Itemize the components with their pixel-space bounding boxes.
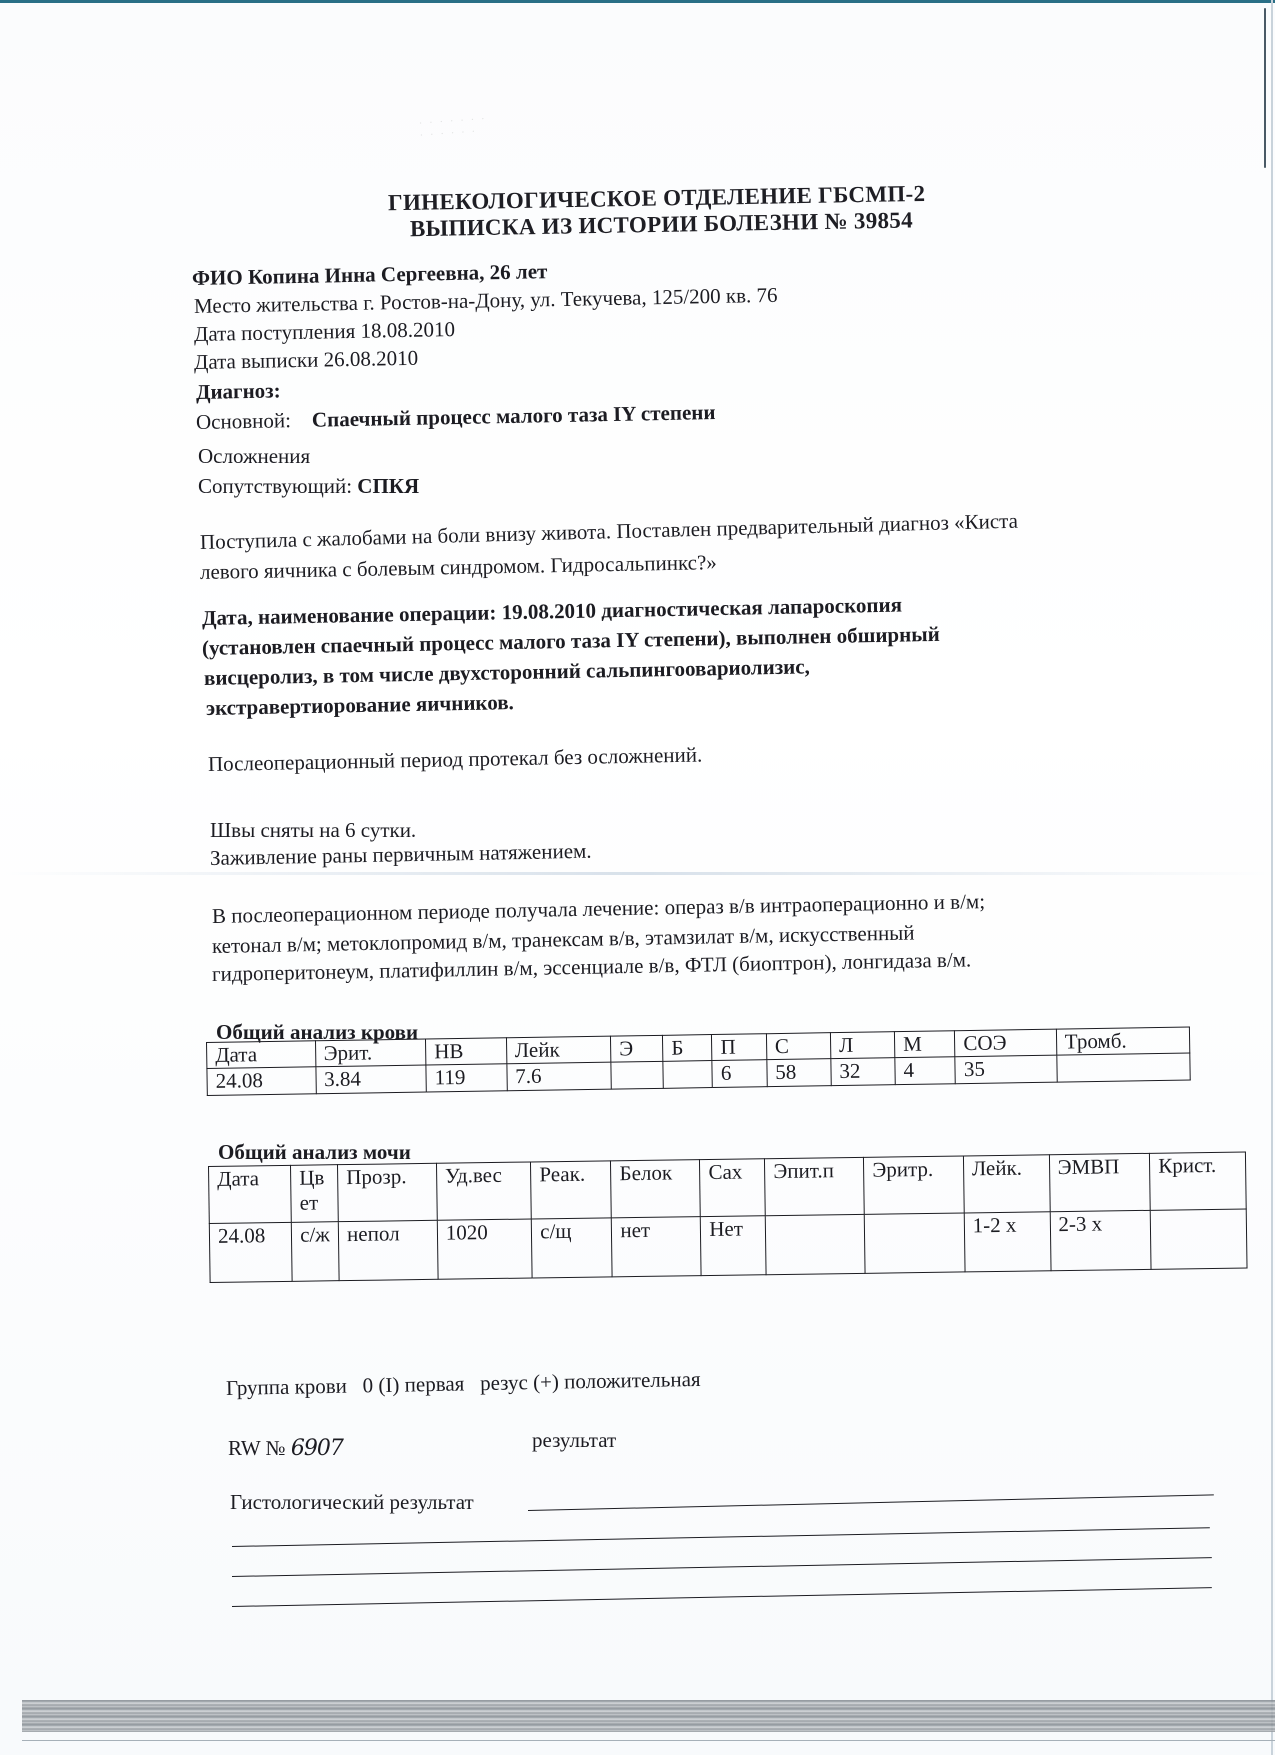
diagnosis-concomitant-value: СПКЯ: [357, 474, 419, 498]
blood-test-header-cell: П: [712, 1034, 767, 1061]
blood-group-value: 0 (I) первая: [362, 1371, 464, 1397]
blood-test-value-cell: [663, 1061, 712, 1089]
urine-test-value-cell: [766, 1214, 866, 1274]
urine-test-header-cell: Белок: [611, 1160, 701, 1218]
blood-test-header-cell: С: [766, 1033, 831, 1060]
admission-date: Дата поступления 18.08.2010: [194, 317, 455, 347]
urine-test-header-cell: ЭМВП: [1049, 1153, 1150, 1211]
blood-test-header-cell: Лейк: [506, 1036, 611, 1064]
blood-test-value-cell: [1057, 1053, 1191, 1082]
operation-line-3: висцеролиз, в том числе двухсторонний са…: [204, 654, 810, 691]
rw-handwritten-number: 6907: [291, 1436, 343, 1461]
blood-test-value-cell: 119: [426, 1064, 507, 1092]
blood-test-value-cell: 3.84: [315, 1065, 426, 1094]
discharge-date: Дата выписки 26.08.2010: [194, 346, 419, 375]
histology-rule-2: [232, 1527, 1210, 1547]
urine-test-header-cell: Сах: [700, 1159, 766, 1217]
diagnosis-main: Основной: Спаечный процесс малого таза I…: [196, 400, 716, 435]
histology-rule-3: [232, 1557, 1212, 1577]
faded-stamp: · · · · · · · · · · · · ·: [418, 102, 641, 172]
blood-group: Группа крови 0 (I) первая резус (+) поло…: [226, 1367, 701, 1401]
blood-test-header-cell: Л: [830, 1032, 895, 1059]
healing-text: Заживление раны первичным натяжением.: [210, 839, 592, 871]
blood-test-value-cell: 24.08: [207, 1067, 316, 1096]
urine-test-value-cell: 1-2 х: [964, 1212, 1051, 1272]
diagnosis-main-value: Спаечный процесс малого таза IY степени: [312, 400, 716, 432]
histology-rule-4: [232, 1587, 1212, 1607]
blood-test-header-cell: М: [894, 1031, 955, 1058]
blood-test-header-cell: Э: [611, 1035, 664, 1062]
blood-test-value-cell: 7.6: [507, 1062, 612, 1091]
diagnosis-heading: Диагноз:: [196, 378, 281, 405]
blood-test-header-cell: Тромб.: [1056, 1027, 1190, 1055]
urine-test-header-cell: Крист.: [1150, 1152, 1247, 1210]
blood-test-value-cell: [611, 1061, 664, 1089]
urine-test-value-cell: с/ж: [291, 1222, 339, 1282]
urine-test-header-cell: Эпит.п: [765, 1157, 865, 1215]
urine-test-value-cell: с/щ: [531, 1218, 612, 1278]
urine-test-value-cell: [865, 1213, 965, 1273]
urine-test-header-cell: Прозр.: [338, 1163, 437, 1221]
urine-test-value-cell: 24.08: [209, 1222, 292, 1282]
urine-test-value-cell: 1020: [437, 1219, 532, 1279]
urine-test-header-cell: Дата: [209, 1165, 292, 1223]
operation-line-4: экстравертиорование яичников.: [206, 690, 514, 721]
histology-label: Гистологический результат: [230, 1490, 474, 1515]
scanner-noise-band: [22, 1700, 1275, 1732]
rw-result-label: результат: [532, 1428, 616, 1453]
rw-line: RW № 6907: [228, 1436, 343, 1461]
diagnosis-main-label: Основной:: [196, 408, 291, 434]
postop-text: Послеоперационный период протекал без ос…: [208, 743, 703, 777]
blood-group-label: Группа крови: [226, 1374, 347, 1400]
blood-test-value-cell: 6: [712, 1060, 767, 1088]
paper-curl-shadow: [1264, 8, 1266, 168]
blood-test-header-cell: НВ: [426, 1038, 507, 1065]
urine-test-header-cell: Реак.: [531, 1161, 612, 1219]
scan-top-edge: [0, 0, 1275, 3]
blood-test-value-cell: 4: [895, 1057, 956, 1085]
patient-name: ФИО Копина Инна Сергеевна, 26 лет: [192, 259, 548, 291]
blood-test-value-cell: 32: [831, 1058, 896, 1086]
urine-test-header-cell: Уд.вес: [436, 1162, 531, 1220]
urine-test-value-cell: нет: [612, 1217, 702, 1277]
diagnosis-concomitant-label: Сопутствующий:: [198, 474, 352, 498]
urine-test-header-cell: Эритр.: [864, 1156, 964, 1214]
blood-test-header-cell: СОЭ: [955, 1029, 1057, 1057]
urine-test-header-cell: Цв ет: [291, 1165, 339, 1223]
scanned-document-page: · · · · · · · · · · · · · ГИНЕКОЛОГИЧЕСК…: [0, 0, 1275, 1755]
blood-test-header-cell: Эрит.: [315, 1039, 426, 1067]
blood-test-value-cell: 35: [955, 1055, 1057, 1084]
urine-test-caption: Общий анализ мочи: [218, 1140, 411, 1165]
sutures-text: Швы сняты на 6 сутки.: [210, 818, 416, 843]
rhesus-value: резус (+) положительная: [480, 1367, 701, 1395]
paper-fold-line: [0, 872, 1275, 875]
diagnosis-concomitant: Сопутствующий: СПКЯ: [198, 474, 419, 499]
histology-rule-1: [528, 1494, 1214, 1511]
admission-text-line-2: левого яичника с болевым синдромом. Гидр…: [200, 550, 717, 585]
admission-text-line-1: Поступила с жалобами на боли внизу живот…: [200, 509, 1019, 555]
rw-label: RW №: [228, 1436, 286, 1460]
blood-test-header-cell: Дата: [207, 1041, 316, 1069]
urine-test-value-cell: 2-3 х: [1050, 1210, 1151, 1270]
urine-test-table: ДатаЦв етПрозр.Уд.весРеак.БелокСахЭпит.п…: [208, 1152, 1248, 1283]
urine-test-value-cell: [1150, 1209, 1247, 1269]
blood-test-header-cell: Б: [663, 1035, 712, 1062]
diagnosis-complications-label: Осложнения: [198, 444, 310, 469]
urine-test-value-cell: непол: [338, 1220, 438, 1280]
scan-right-edge: [1271, 0, 1273, 1755]
urine-test-value-cell: Нет: [701, 1216, 767, 1276]
urine-test-header-cell: Лейк.: [963, 1155, 1050, 1213]
blood-test-value-cell: 58: [767, 1059, 832, 1087]
scanner-edge-line: [22, 1740, 1275, 1741]
